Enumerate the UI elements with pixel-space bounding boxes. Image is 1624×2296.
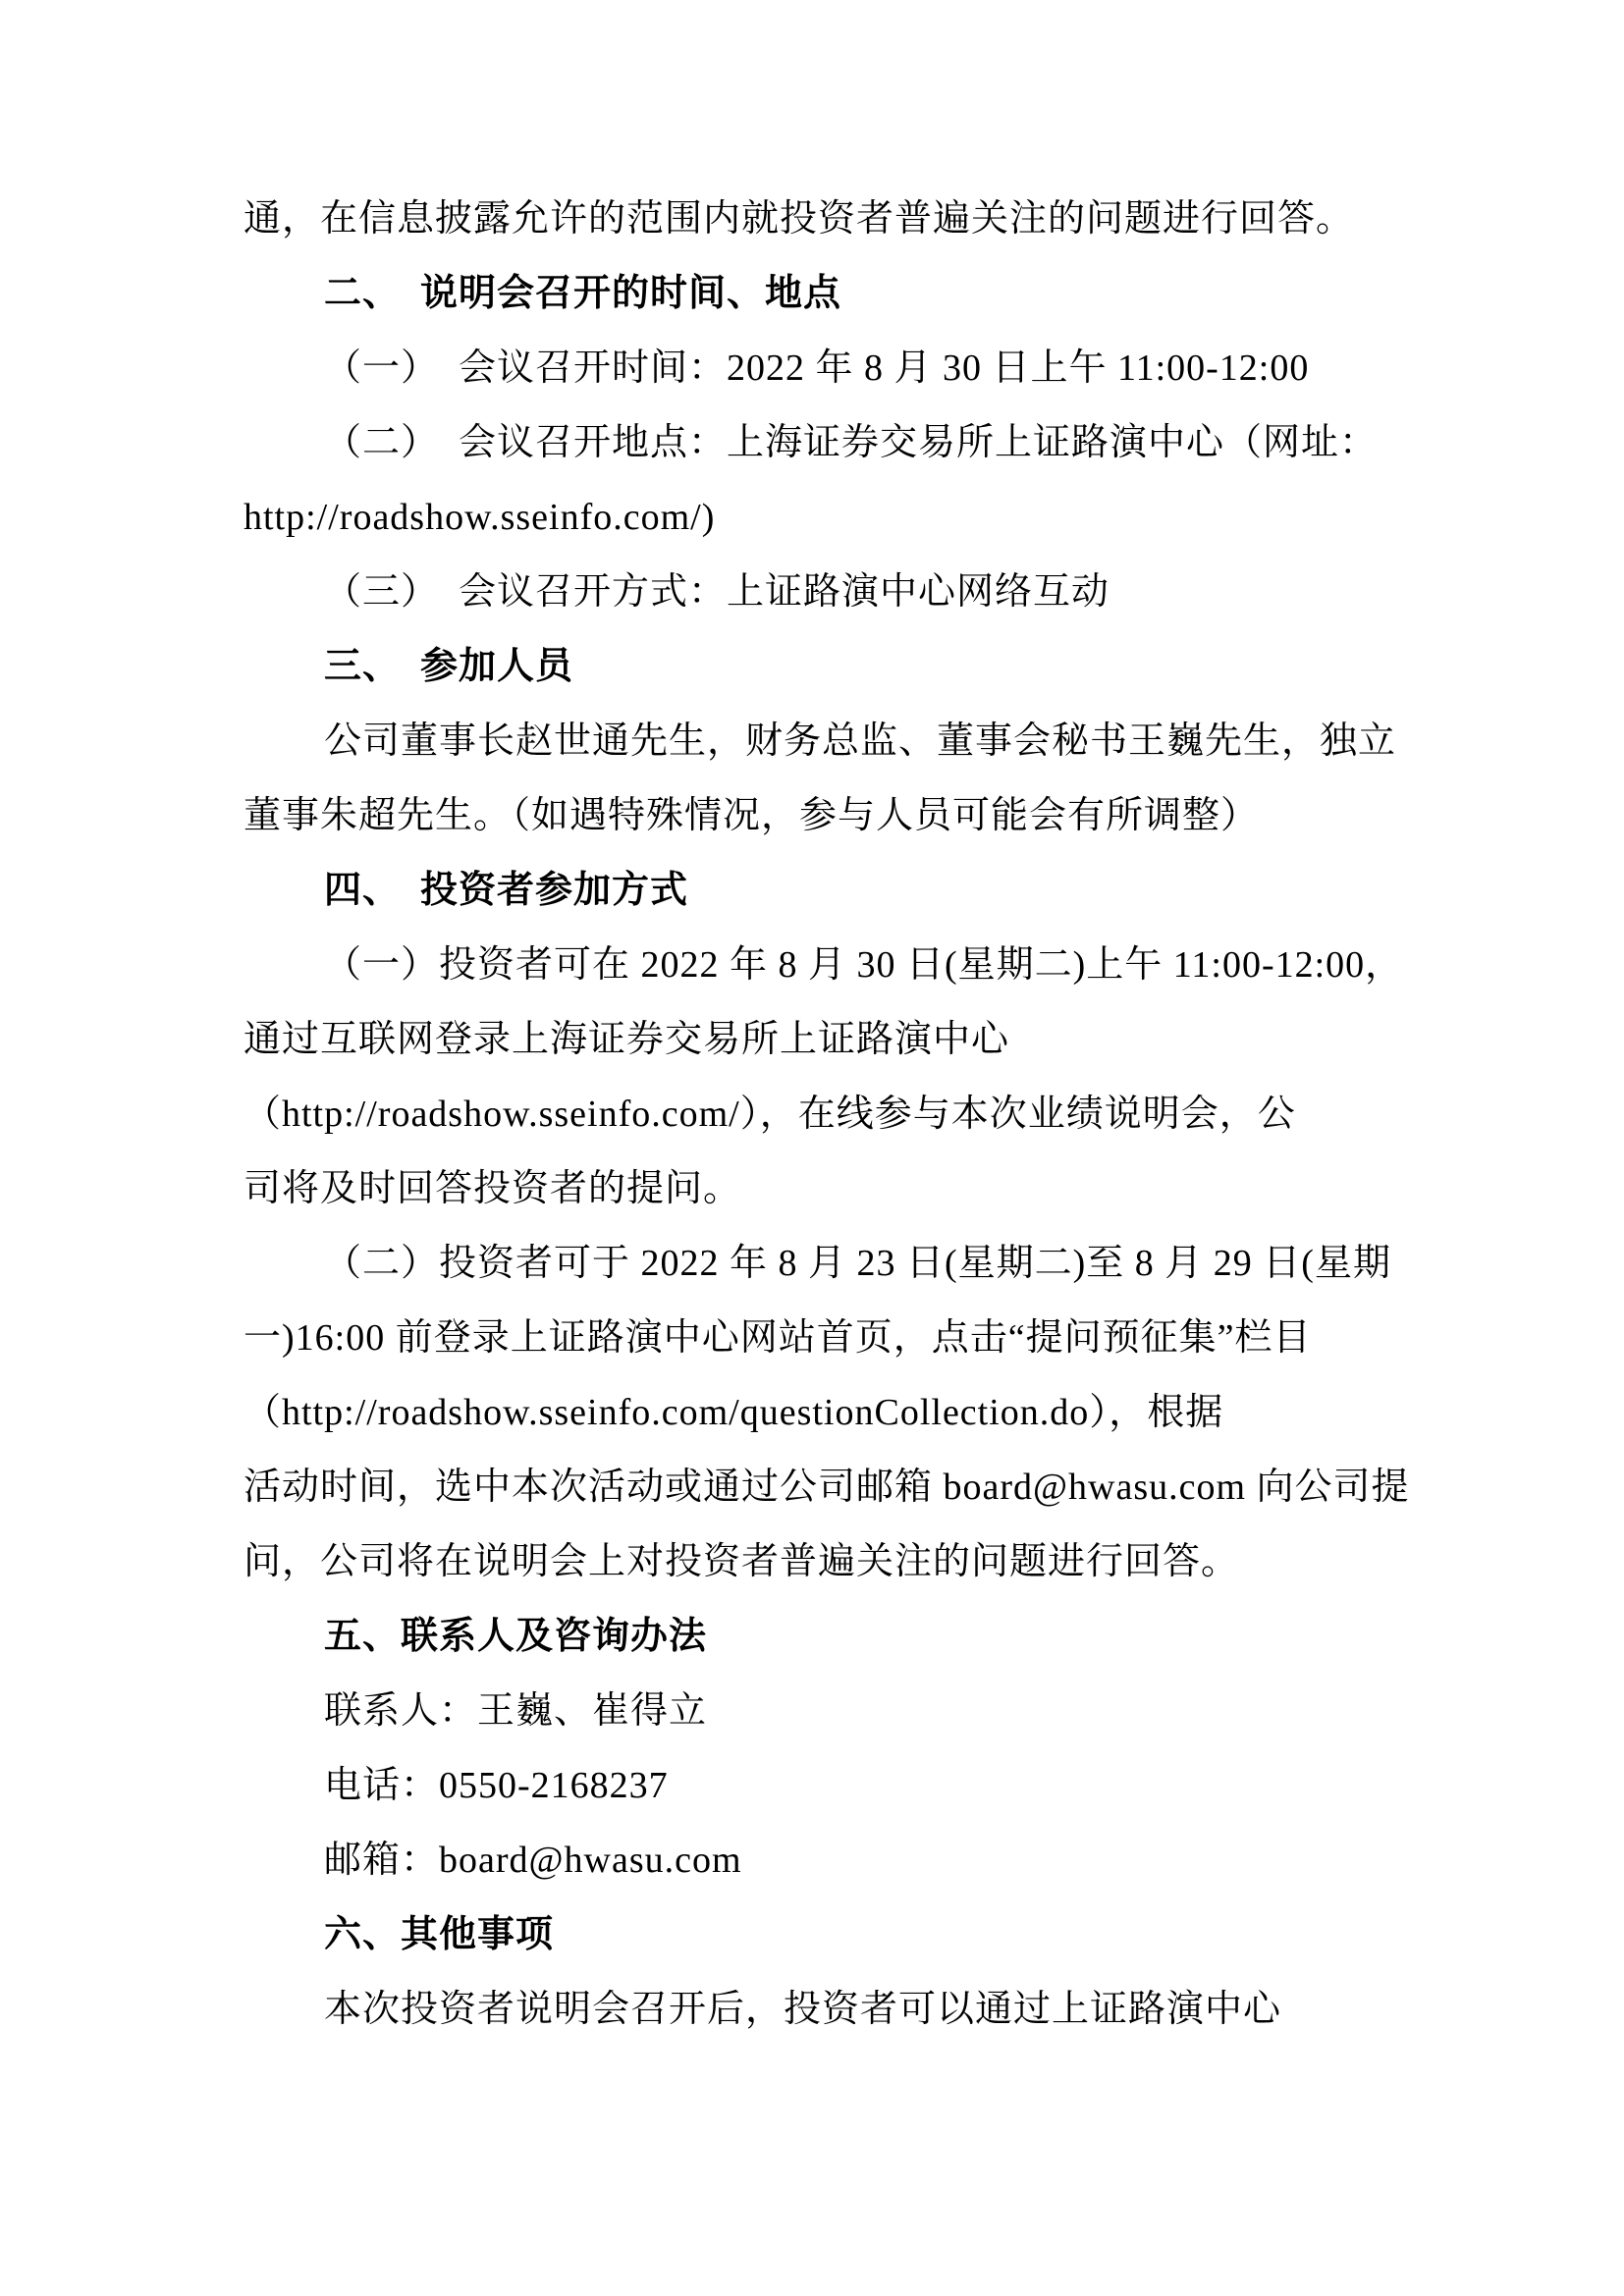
text-line: 通过互联网登录上海证券交易所上证路演中心 xyxy=(244,1002,1387,1077)
text-line: 活动时间，选中本次活动或通过公司邮箱 board@hwasu.com 向公司提 xyxy=(244,1450,1387,1524)
text-line: （三） 会议召开方式：上证路演中心网络互动 xyxy=(244,555,1387,629)
text-line: 电话：0550-2168237 xyxy=(244,1748,1387,1823)
document-page: 通，在信息披露允许的范围内就投资者普遍关注的问题进行回答。二、 说明会召开的时间… xyxy=(0,0,1624,2296)
text-line: 通，在信息披露允许的范围内就投资者普遍关注的问题进行回答。 xyxy=(244,182,1387,256)
section-heading: 五、联系人及咨询办法 xyxy=(244,1599,1387,1674)
section-heading: 四、 投资者参加方式 xyxy=(244,853,1387,928)
text-line: （http://roadshow.sseinfo.com/），在线参与本次业绩说… xyxy=(244,1077,1387,1151)
text-line: 公司董事长赵世通先生，财务总监、董事会秘书王巍先生，独立 xyxy=(244,704,1387,778)
text-line: 司将及时回答投资者的提问。 xyxy=(244,1151,1387,1226)
text-line: 董事朱超先生。（如遇特殊情况，参与人员可能会有所调整） xyxy=(244,778,1387,853)
text-line: 一)16:00 前登录上证路演中心网站首页，点击“提问预征集”栏目 xyxy=(244,1301,1387,1375)
text-line: 联系人：王巍、崔得立 xyxy=(244,1674,1387,1748)
text-line: （一） 会议召开时间：2022 年 8 月 30 日上午 11:00-12:00 xyxy=(244,331,1387,405)
text-line: 邮箱：board@hwasu.com xyxy=(244,1823,1387,1897)
text-line: 本次投资者说明会召开后，投资者可以通过上证路演中心 xyxy=(244,1972,1387,2047)
text-line: http://roadshow.sseinfo.com/) xyxy=(244,480,1387,555)
section-heading: 二、 说明会召开的时间、地点 xyxy=(244,256,1387,331)
text-line: （二）投资者可于 2022 年 8 月 23 日(星期二)至 8 月 29 日(… xyxy=(244,1226,1387,1301)
text-line: 问，公司将在说明会上对投资者普遍关注的问题进行回答。 xyxy=(244,1524,1387,1599)
section-heading: 六、其他事项 xyxy=(244,1897,1387,1972)
text-line: （一）投资者可在 2022 年 8 月 30 日(星期二)上午 11:00-12… xyxy=(244,928,1387,1002)
section-heading: 三、 参加人员 xyxy=(244,629,1387,704)
text-line: （二） 会议召开地点：上海证券交易所上证路演中心（网址： xyxy=(244,405,1387,480)
document-text-block: 通，在信息披露允许的范围内就投资者普遍关注的问题进行回答。二、 说明会召开的时间… xyxy=(244,182,1387,2047)
text-line: （http://roadshow.sseinfo.com/questionCol… xyxy=(244,1375,1387,1450)
